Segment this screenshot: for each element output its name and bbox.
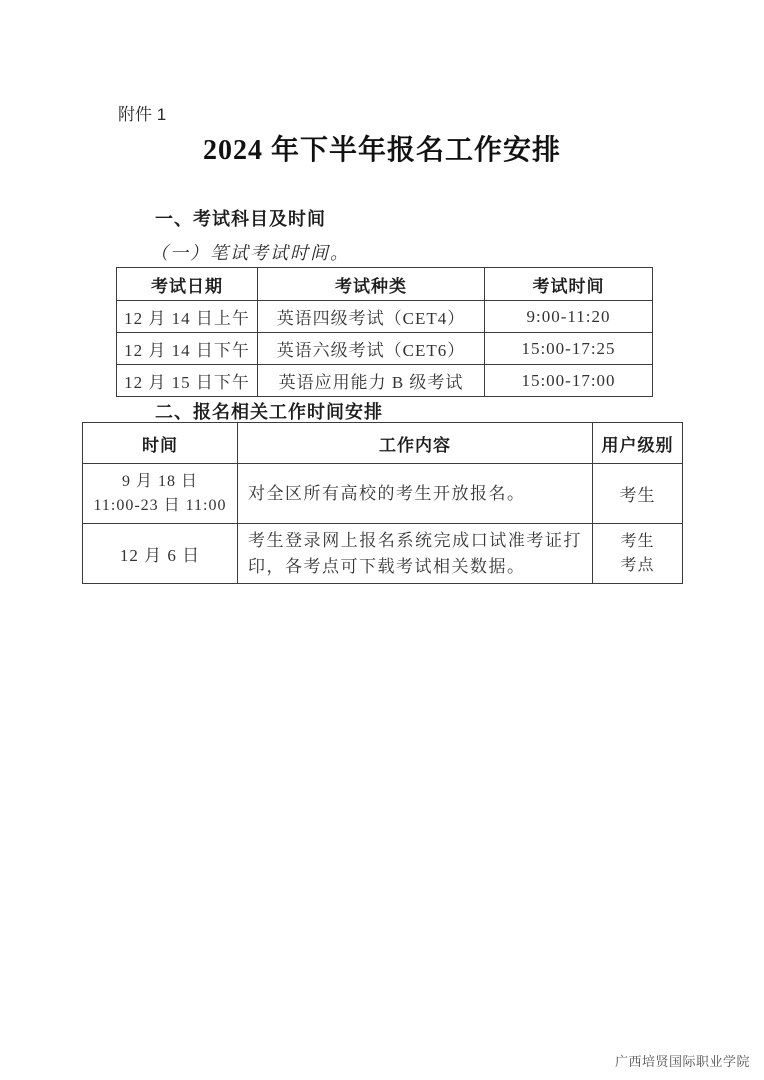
- exam-time-header: 考试时间: [485, 268, 653, 301]
- time-cell: 9 月 18 日 11:00-23 日 11:00: [83, 464, 238, 524]
- document-page: 附件 1 2024 年下半年报名工作安排 一、考试科目及时间 （一）笔试考试时间…: [0, 0, 764, 1080]
- exam-time-cell: 15:00-17:25: [485, 333, 653, 365]
- work-content-header: 工作内容: [238, 423, 593, 464]
- exam-type-cell: 英语四级考试（CET4）: [258, 301, 485, 333]
- work-content-cell: 考生登录网上报名系统完成口试准考证打印，各考点可下载考试相关数据。: [238, 524, 593, 584]
- work-content-cell: 对全区所有高校的考生开放报名。: [238, 464, 593, 524]
- section1-subheading: （一）笔试考试时间。: [150, 239, 350, 265]
- user-level-header: 用户级别: [593, 423, 683, 464]
- table-row: 9 月 18 日 11:00-23 日 11:00 对全区所有高校的考生开放报名…: [83, 464, 683, 524]
- table-row: 12 月 14 日上午 英语四级考试（CET4） 9:00-11:20: [117, 301, 653, 333]
- attachment-label: 附件 1: [118, 100, 166, 125]
- exam-date-cell: 12 月 14 日上午: [117, 301, 258, 333]
- exam-type-cell: 英语应用能力 B 级考试: [258, 365, 485, 397]
- time-cell: 12 月 6 日: [83, 524, 238, 584]
- table-row: 12 月 6 日 考生登录网上报名系统完成口试准考证打印，各考点可下载考试相关数…: [83, 524, 683, 584]
- exam-date-cell: 12 月 14 日下午: [117, 333, 258, 365]
- user-level-cell: 考生 考点: [593, 524, 683, 584]
- time-header: 时间: [83, 423, 238, 464]
- exam-date-cell: 12 月 15 日下午: [117, 365, 258, 397]
- exam-type-cell: 英语六级考试（CET6）: [258, 333, 485, 365]
- section2-heading: 二、报名相关工作时间安排: [155, 398, 383, 424]
- exam-time-cell: 9:00-11:20: [485, 301, 653, 333]
- table-header-row: 考试日期 考试种类 考试时间: [117, 268, 653, 301]
- table-row: 12 月 15 日下午 英语应用能力 B 级考试 15:00-17:00: [117, 365, 653, 397]
- registration-schedule-table: 时间 工作内容 用户级别 9 月 18 日 11:00-23 日 11:00 对…: [82, 422, 683, 584]
- table-row: 12 月 14 日下午 英语六级考试（CET6） 15:00-17:25: [117, 333, 653, 365]
- table-header-row: 时间 工作内容 用户级别: [83, 423, 683, 464]
- exam-date-header: 考试日期: [117, 268, 258, 301]
- section1-heading: 一、考试科目及时间: [155, 205, 326, 231]
- exam-type-header: 考试种类: [258, 268, 485, 301]
- written-exam-table: 考试日期 考试种类 考试时间 12 月 14 日上午 英语四级考试（CET4） …: [116, 267, 653, 397]
- exam-time-cell: 15:00-17:00: [485, 365, 653, 397]
- document-title: 2024 年下半年报名工作安排: [0, 128, 764, 168]
- footer-school-name: 广西培贤国际职业学院: [615, 1051, 750, 1070]
- user-level-cell: 考生: [593, 464, 683, 524]
